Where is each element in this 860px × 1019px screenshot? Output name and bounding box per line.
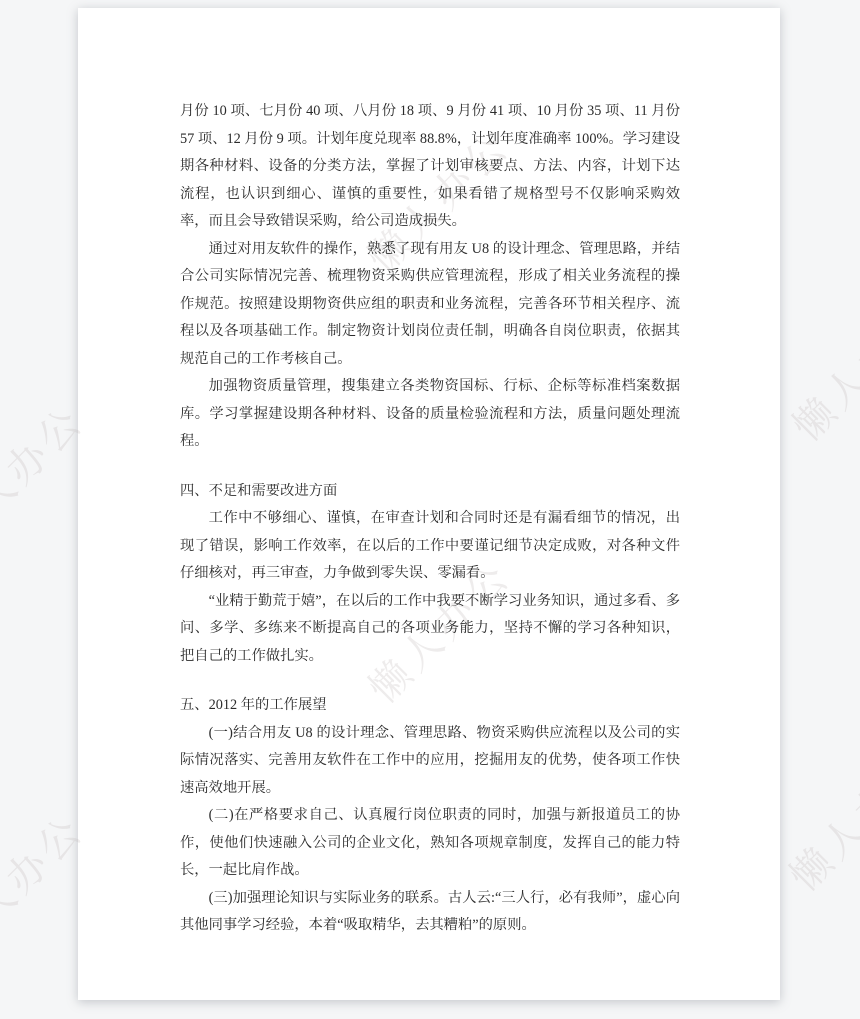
paragraph: 月份 10 项、七月份 40 项、八月份 18 项、9 月份 41 项、10 月… — [180, 98, 680, 236]
paragraph: 加强物资质量管理，搜集建立各类物资国标、行标、企标等标准档案数据库。学习掌握建设… — [180, 373, 680, 456]
document-content: 月份 10 项、七月份 40 项、八月份 18 项、9 月份 41 项、10 月… — [78, 8, 780, 940]
paragraph: (三)加强理论知识与实际业务的联系。古人云:“三人行，必有我师”，虚心向其他同事… — [180, 885, 680, 940]
document-page: 月份 10 项、七月份 40 项、八月份 18 项、9 月份 41 项、10 月… — [78, 8, 780, 1000]
paragraph: 工作中不够细心、谨慎，在审查计划和合同时还是有漏看细节的情况，出现了错误，影响工… — [180, 505, 680, 588]
paragraph: “业精于勤荒于嬉”，在以后的工作中我要不断学习业务知识，通过多看、多问、多学、多… — [180, 588, 680, 671]
paragraph: 通过对用友软件的操作，熟悉了现有用友 U8 的设计理念、管理思路，并结合公司实际… — [180, 236, 680, 374]
paragraph: (二)在严格要求自己、认真履行岗位职责的同时，加强与新报道员工的协作，使他们快速… — [180, 802, 680, 885]
section-heading: 四、不足和需要改进方面 — [180, 478, 680, 506]
paragraph: (一)结合用友 U8 的设计理念、管理思路、物资采购供应流程以及公司的实际情况落… — [180, 720, 680, 803]
watermark: 懒人办公 — [778, 284, 860, 452]
watermark: 懒人办公 — [775, 734, 860, 902]
section-heading: 五、2012 年的工作展望 — [180, 692, 680, 720]
canvas: { "canvas": { "background_color": "#f5f6… — [0, 0, 860, 1019]
